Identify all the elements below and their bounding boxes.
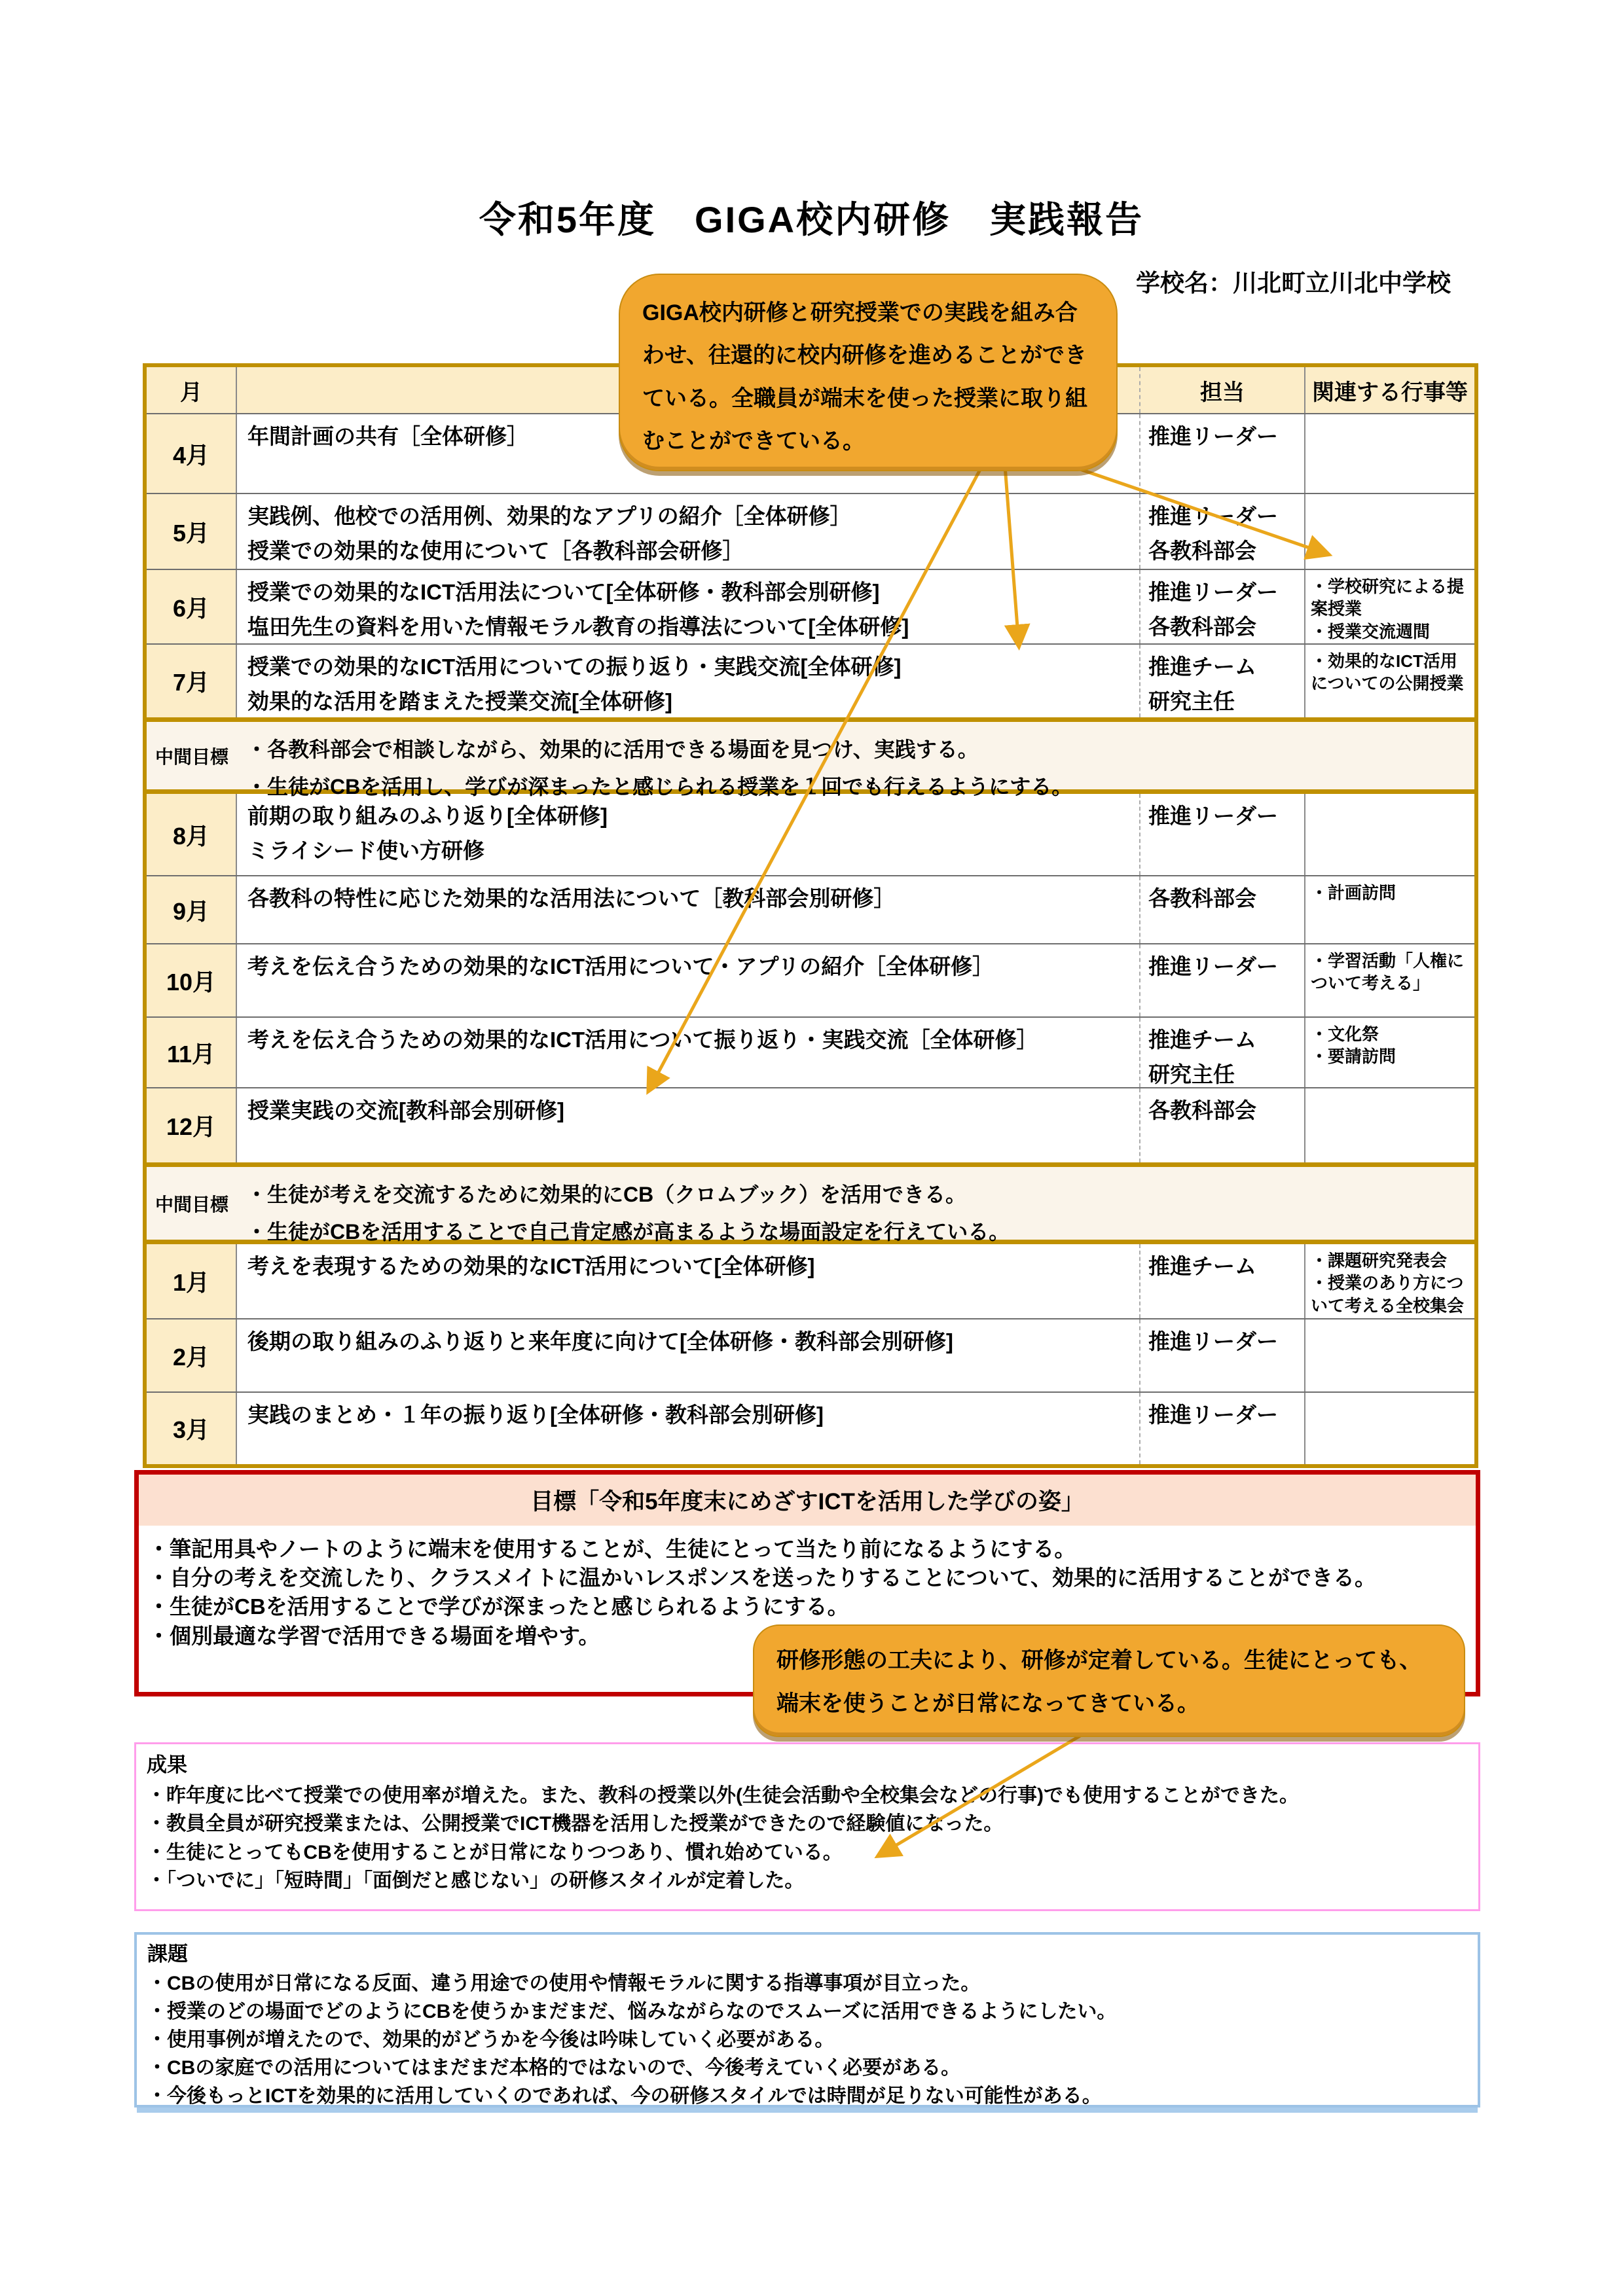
table-header-cell: 月 [147,367,237,413]
results-heading: 成果 [147,1751,1468,1780]
issues-bullet: ・授業のどの場面でどのようにCBを使うかまだまだ、悩みながらなのでスムーズに活用… [147,1998,1467,2026]
midgoal-text: ・各教科部会で相談しながら、効果的に活用できる場面を見つけ、実践する。 ・生徒が… [237,722,1474,789]
content-cell: 考えを表現するための効果的なICT活用について[全体研修] [237,1244,1140,1318]
issues-box: 課題 ・CBの使用が日常になる反面、違う用途での使用や情報モラルに関する指導事項… [134,1932,1480,2108]
table-row: 7月授業での効果的なICT活用についての振り返り・実践交流[全体研修] 効果的な… [147,643,1474,717]
content-cell: 授業での効果的なICT活用法について[全体研修・教科部会別研修] 塩田先生の資料… [237,570,1140,643]
staff-cell: 推進リーダー 各教科部会 [1140,570,1305,643]
midgoal-text: ・生徒が考えを交流するために効果的にCB（クロムブック）を活用できる。 ・生徒が… [237,1167,1474,1240]
table-header-cell: 関連する行事等 [1305,367,1474,413]
callout-training-established: 研修形態の工夫により、研修が定着している。生徒にとっても、端末を使うことが日常に… [753,1624,1465,1737]
month-cell: 11月 [147,1018,237,1087]
content-cell: 考えを伝え合うための効果的なICT活用について・アプリの紹介［全体研修］ [237,944,1140,1016]
midgoal-label: 中間目標 [147,1167,237,1240]
table-row: 11月考えを伝え合うための効果的なICT活用について振り返り・実践交流［全体研修… [147,1016,1474,1087]
staff-cell: 推進チーム [1140,1244,1305,1318]
events-cell: ・課題研究発表会 ・授業のあり方について考える全校集会 [1305,1244,1474,1318]
midgoal-row: 中間目標・各教科部会で相談しながら、効果的に活用できる場面を見つけ、実践する。 … [147,717,1474,794]
content-cell: 前期の取り組みのふり返り[全体研修] ミライシード使い方研修 [237,794,1140,875]
content-cell: 各教科の特性に応じた効果的な活用法について［教科部会別研修］ [237,876,1140,943]
page-title: 令和5年度 GIGA校内研修 実践報告 [0,191,1623,243]
month-cell: 9月 [147,876,237,943]
events-cell: ・学校研究による提案授業 ・授業交流週間 [1305,570,1474,643]
events-cell [1305,414,1474,493]
table-row: 1月考えを表現するための効果的なICT活用について[全体研修]推進チーム・課題研… [147,1244,1474,1318]
results-bullet: ・教員全員が研究授業または、公開授業でICT機器を活用した授業ができたので経験値… [147,1810,1468,1839]
month-cell: 6月 [147,570,237,643]
month-cell: 3月 [147,1393,237,1464]
goal-heading: 目標「令和5年度末にめざすICTを活用した学びの姿」 [139,1475,1476,1526]
issues-bullet: ・使用事例が増えたので、効果的がどうかを今後は吟味していく必要がある。 [147,2026,1467,2054]
content-cell: 実践例、他校での活用例、効果的なアプリの紹介［全体研修］ 授業での効果的な使用に… [237,494,1140,569]
table-row: 9月各教科の特性に応じた効果的な活用法について［教科部会別研修］各教科部会・計画… [147,875,1474,943]
staff-cell: 推進リーダー [1140,794,1305,875]
results-box: 成果 ・昨年度に比べて授業での使用率が増えた。また、教科の授業以外(生徒会活動や… [134,1742,1480,1911]
staff-cell: 推進リーダー [1140,944,1305,1016]
goal-bullet: ・生徒がCBを活用することで学びが深まったと感じられるようにする。 [148,1592,1467,1621]
staff-cell: 各教科部会 [1140,1088,1305,1162]
staff-cell: 推進リーダー 各教科部会 [1140,494,1305,569]
table-row: 12月授業実践の交流[教科部会別研修]各教科部会 [147,1087,1474,1162]
table-row: 5月実践例、他校での活用例、効果的なアプリの紹介［全体研修］ 授業での効果的な使… [147,493,1474,569]
table-row: 6月授業での効果的なICT活用法について[全体研修・教科部会別研修] 塩田先生の… [147,569,1474,643]
issues-bullet: ・CBの使用が日常になる反面、違う用途での使用や情報モラルに関する指導事項が目立… [147,1970,1467,1998]
month-cell: 2月 [147,1319,237,1391]
goal-bullet: ・自分の考えを交流したり、クラスメイトに温かいレスポンスを送ったりすることについ… [148,1564,1467,1592]
content-cell: 考えを伝え合うための効果的なICT活用について振り返り・実践交流［全体研修］ [237,1018,1140,1087]
content-cell: 後期の取り組みのふり返りと来年度に向けて[全体研修・教科部会別研修] [237,1319,1140,1391]
month-cell: 8月 [147,794,237,875]
issues-items: ・CBの使用が日常になる反面、違う用途での使用や情報モラルに関する指導事項が目立… [147,1970,1467,2110]
goal-bullet: ・筆記用具やノートのように端末を使用することが、生徒にとって当たり前になるように… [148,1535,1467,1564]
staff-cell: 各教科部会 [1140,876,1305,943]
events-cell [1305,1088,1474,1162]
report-page: 令和5年度 GIGA校内研修 実践報告 学校名：川北町立川北中学校 月研修内容担… [0,0,1623,2296]
events-cell: ・学習活動「人権について考える」 [1305,944,1474,1016]
results-bullet: ・生徒にとってもCBを使用することが日常になりつつあり、慣れ始めている。 [147,1839,1468,1867]
table-row: 10月考えを伝え合うための効果的なICT活用について・アプリの紹介［全体研修］推… [147,943,1474,1016]
month-cell: 12月 [147,1088,237,1162]
month-cell: 5月 [147,494,237,569]
staff-cell: 推進リーダー [1140,414,1305,493]
table-header-cell: 担当 [1140,367,1305,413]
issues-bullet: ・CBの家庭での活用についてはまだまだ本格的ではないので、今後考えていく必要があ… [147,2054,1467,2083]
events-cell [1305,794,1474,875]
events-cell: ・効果的なICT活用についての公開授業 [1305,645,1474,717]
issues-heading: 課題 [147,1940,1467,1969]
content-cell: 授業実践の交流[教科部会別研修] [237,1088,1140,1162]
results-bullet: ・「ついでに」「短時間」「面倒だと感じない」の研修スタイルが定着した。 [147,1867,1468,1895]
issues-bullet: ・今後もっとICTを効果的に活用していくのであれば、今の研修スタイルでは時間が足… [147,2083,1467,2111]
staff-cell: 推進チーム 研究主任 [1140,1018,1305,1087]
month-cell: 10月 [147,944,237,1016]
events-cell: ・計画訪問 [1305,876,1474,943]
table-row: 3月実践のまとめ・１年の振り返り[全体研修・教科部会別研修]推進リーダー [147,1391,1474,1464]
events-cell [1305,1319,1474,1391]
results-items: ・昨年度に比べて授業での使用率が増えた。また、教科の授業以外(生徒会活動や全校集… [147,1782,1468,1895]
table-row: 2月後期の取り組みのふり返りと来年度に向けて[全体研修・教科部会別研修]推進リー… [147,1318,1474,1391]
content-cell: 授業での効果的なICT活用についての振り返り・実践交流[全体研修] 効果的な活用… [237,645,1140,717]
events-cell [1305,494,1474,569]
callout-training-cycle: GIGA校内研修と研究授業での実践を組み合わせ、往還的に校内研修を進めることがで… [619,274,1118,471]
staff-cell: 推進チーム 研究主任 [1140,645,1305,717]
staff-cell: 推進リーダー [1140,1393,1305,1464]
midgoal-row: 中間目標・生徒が考えを交流するために効果的にCB（クロムブック）を活用できる。 … [147,1162,1474,1244]
content-cell: 実践のまとめ・１年の振り返り[全体研修・教科部会別研修] [237,1393,1140,1464]
staff-cell: 推進リーダー [1140,1319,1305,1391]
month-cell: 7月 [147,645,237,717]
table-row: 8月前期の取り組みのふり返り[全体研修] ミライシード使い方研修推進リーダー [147,794,1474,875]
school-name: 学校名：川北町立川北中学校 [1136,263,1503,298]
month-cell: 4月 [147,414,237,493]
events-cell [1305,1393,1474,1464]
month-cell: 1月 [147,1244,237,1318]
events-cell: ・文化祭 ・要請訪問 [1305,1018,1474,1087]
schedule-table: 月研修内容担当関連する行事等4月年間計画の共有［全体研修］推進リーダー5月実践例… [143,363,1478,1468]
results-bullet: ・昨年度に比べて授業での使用率が増えた。また、教科の授業以外(生徒会活動や全校集… [147,1782,1468,1810]
midgoal-label: 中間目標 [147,722,237,789]
